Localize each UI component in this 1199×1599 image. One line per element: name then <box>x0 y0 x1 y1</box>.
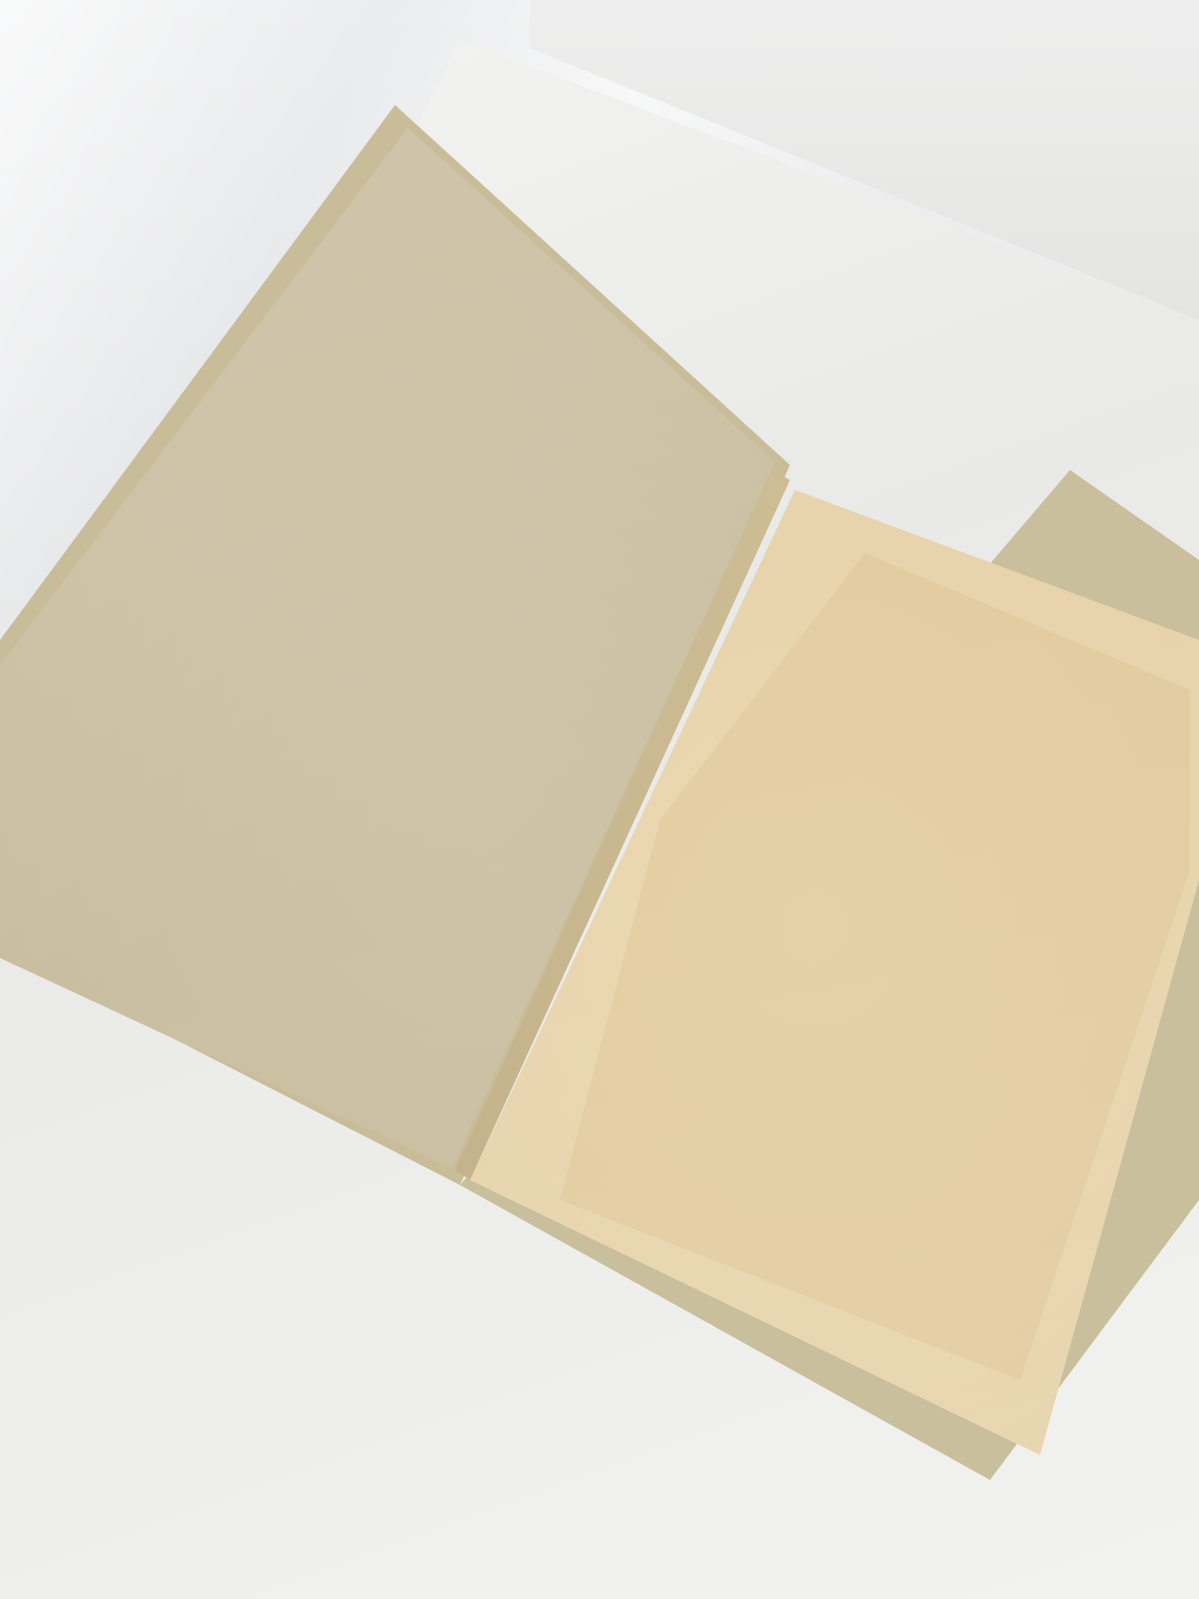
photo-scene <box>0 0 1199 1599</box>
